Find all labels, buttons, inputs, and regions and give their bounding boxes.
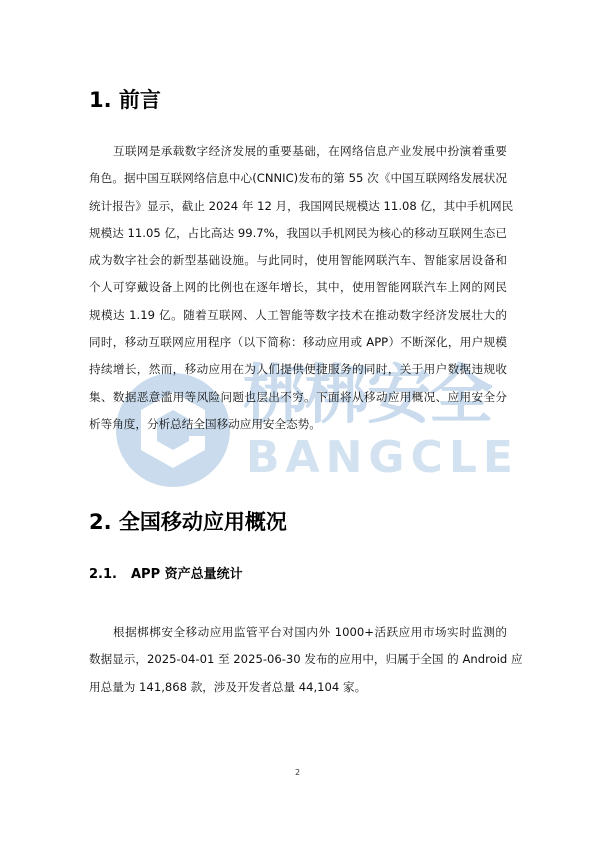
preface-paragraph: 互联网是承载数字经济发展的重要基础，在网络信息产业发展中扮演着重要 角色。据中国… — [89, 138, 507, 438]
paragraph-line: 集、数据恶意滥用等风险问题也层出不穷。下面将从移动应用概况、应用安全分 — [89, 384, 507, 411]
paragraph-line: 成为数字社会的新型基础设施。与此同时，使用智能网联汽车、智能家居设备和 — [89, 247, 507, 274]
paragraph-line: 规模达 11.05 亿，占比高达 99.7%，我国以手机网民为核心的移动互联网生… — [89, 220, 507, 247]
paragraph-line: 同时，移动互联网应用程序（以下简称：移动应用或 APP）不断深化，用户规模 — [89, 329, 507, 356]
paragraph-line: 个人可穿戴设备上网的比例也在逐年增长，其中，使用智能网联汽车上网的网民 — [89, 274, 507, 301]
paragraph-line: 析等角度，分析总结全国移动应用安全态势。 — [89, 411, 507, 438]
subsection-title: APP 资产总量统计 — [131, 567, 243, 582]
subsection-number: 2.1. — [89, 566, 131, 584]
paragraph-line: 规模达 1.19 亿。随着互联网、人工智能等数字技术在推动数字经济发展壮大的 — [89, 302, 507, 329]
paragraph-line: 角色。据中国互联网络信息中心(CNNIC)发布的第 55 次《中国互联网络发展状… — [89, 165, 507, 192]
paragraph-line: 持续增长，然而，移动应用在为人们提供便捷服务的同时，关于用户数据违规收 — [89, 356, 507, 383]
paragraph-line: 统计报告》显示，截止 2024 年 12 月，我国网民规模达 11.08 亿，其… — [89, 193, 507, 220]
paragraph-line: 数据显示，2025-04-01 至 2025-06-30 发布的应用中，归属于全… — [89, 646, 507, 673]
section-heading-overview: 2. 全国移动应用概况 — [89, 509, 287, 535]
subsection-heading-app-assets: 2.1.APP 资产总量统计 — [89, 566, 243, 584]
document-page: 梆梆安全 BANGCLE 1. 前言 互联网是承载数字经济发展的重要基础，在网络… — [0, 0, 595, 841]
paragraph-line: 互联网是承载数字经济发展的重要基础，在网络信息产业发展中扮演着重要 — [89, 138, 507, 165]
app-assets-paragraph: 根据梆梆安全移动应用监管平台对国内外 1000+活跃应用市场实时监测的 数据显示… — [89, 619, 507, 701]
section-heading-preface: 1. 前言 — [89, 87, 161, 113]
watermark-text-en: BANGCLE — [246, 438, 519, 478]
page-number: 2 — [0, 768, 595, 777]
paragraph-line: 用总量为 141,868 款，涉及开发者总量 44,104 家。 — [89, 674, 507, 701]
paragraph-line: 根据梆梆安全移动应用监管平台对国内外 1000+活跃应用市场实时监测的 — [89, 619, 507, 646]
